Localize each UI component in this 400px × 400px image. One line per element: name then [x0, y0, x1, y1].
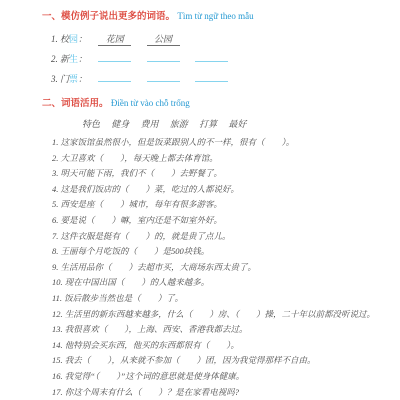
- fill-row-3: 3. 门票：: [51, 69, 392, 89]
- question-item-1: 1. 这家饭馆虽然很小，但是饭菜跟别人的不一样，很有（ ）。: [52, 135, 392, 151]
- question-item-17: 17. 你这个周末有什么（ ）？是在家看电视吗?: [52, 385, 392, 400]
- answer-blank-empty[interactable]: [98, 51, 131, 62]
- question-item-2: 2. 大卫喜欢（ ），每天晚上都去体育馆。: [52, 151, 392, 167]
- question-item-5: 5. 西安是座（ ）城市，每年有很多游客。: [52, 197, 392, 213]
- fill-row-2: 2. 新生：: [51, 49, 392, 69]
- row1-word: 1. 校: [51, 34, 69, 44]
- question-item-10: 10. 现在中国出国（ ）的人越来越多。: [52, 275, 392, 291]
- answer-blank-empty[interactable]: [195, 51, 228, 62]
- row2-highlight-char: 生: [69, 54, 78, 64]
- answer-blank-empty[interactable]: [98, 71, 131, 82]
- word-bank-item: 费用: [141, 119, 159, 129]
- question-item-12: 12. 生活里的新东西越来越多，什么（ ）房、（ ）操，二十年以前都没听说过。: [52, 307, 392, 323]
- section1-title-zh: 一、模仿例子说出更多的词语。: [42, 11, 175, 22]
- question-item-16: 16. 我觉得“（ ）”这个词的意思就是使身体健康。: [52, 369, 392, 385]
- worksheet-content: 一、模仿例子说出更多的词语。 Tìm từ ngữ theo mẫu 1. 校园…: [42, 10, 392, 400]
- question-item-15: 15. 我去（ ），从来就不参加（ ）团，因为我觉得那样不自由。: [52, 353, 392, 369]
- word-bank: 特色 健身 费用 旅游 打算 最好: [82, 117, 392, 130]
- section2-heading: 二、词语活用。 Điền từ vào chỗ trống: [42, 97, 392, 110]
- row3-highlight-char: 票: [69, 74, 78, 84]
- row1-colon: ：: [78, 34, 87, 44]
- question-item-4: 4. 这是我们饭店的（ ）菜，吃过的人都说好。: [52, 182, 392, 198]
- question-item-14: 14. 他特别会买东西，他买的东西都很有（ ）。: [52, 338, 392, 354]
- word-bank-item: 打算: [199, 119, 217, 129]
- word-bank-item: 特色: [82, 119, 100, 129]
- answer-blank-filled[interactable]: 花园: [98, 33, 131, 46]
- answer-blank-filled[interactable]: 公园: [147, 33, 180, 46]
- question-item-7: 7. 这件衣服是挺有（ ）的，就是贵了点儿。: [52, 229, 392, 245]
- fill-row-3-label: 3. 门票：: [51, 69, 96, 89]
- row3-colon: ：: [78, 74, 87, 84]
- answer-blank-empty[interactable]: [147, 71, 180, 82]
- question-item-6: 6. 要是说（ ）嘛，室内还是不如室外好。: [52, 213, 392, 229]
- row1-highlight-char: 园: [69, 34, 78, 44]
- word-bank-item: 健身: [111, 119, 129, 129]
- question-item-8: 8. 王丽每个月吃饭的（ ）是500块钱。: [52, 244, 392, 260]
- fill-row-1: 1. 校园： 花园 公园: [51, 29, 392, 49]
- section2-title-zh: 二、词语活用。: [42, 98, 109, 109]
- question-item-13: 13. 我很喜欢（ ），上海、西安、香港我都去过。: [52, 322, 392, 338]
- fill-row-2-label: 2. 新生：: [51, 49, 96, 69]
- section1-title-vi: Tìm từ ngữ theo mẫu: [177, 11, 253, 21]
- question-item-11: 11. 饭后散步当然也是（ ）了。: [52, 291, 392, 307]
- question-item-3: 3. 明天可能下雨，我们不（ ）去野餐了。: [52, 166, 392, 182]
- row3-word: 3. 门: [51, 74, 69, 84]
- worksheet-page: 一、模仿例子说出更多的词语。 Tìm từ ngữ theo mẫu 1. 校园…: [0, 0, 400, 400]
- section1-rows: 1. 校园： 花园 公园 2. 新生： 3. 门票：: [51, 29, 392, 89]
- question-list: 1. 这家饭馆虽然很小，但是饭菜跟别人的不一样，很有（ ）。 2. 大卫喜欢（ …: [52, 135, 392, 400]
- question-item-9: 9. 生活用品你（ ）去超市买，大商场东西太贵了。: [52, 260, 392, 276]
- answer-blank-empty[interactable]: [147, 51, 180, 62]
- word-bank-item: 最好: [228, 119, 246, 129]
- word-bank-item: 旅游: [170, 119, 188, 129]
- section1-heading: 一、模仿例子说出更多的词语。 Tìm từ ngữ theo mẫu: [42, 10, 392, 23]
- answer-blank-empty[interactable]: [195, 71, 228, 82]
- row2-word: 2. 新: [51, 54, 69, 64]
- fill-row-1-label: 1. 校园：: [51, 29, 96, 49]
- section2-title-vi: Điền từ vào chỗ trống: [111, 98, 190, 108]
- row2-colon: ：: [78, 54, 87, 64]
